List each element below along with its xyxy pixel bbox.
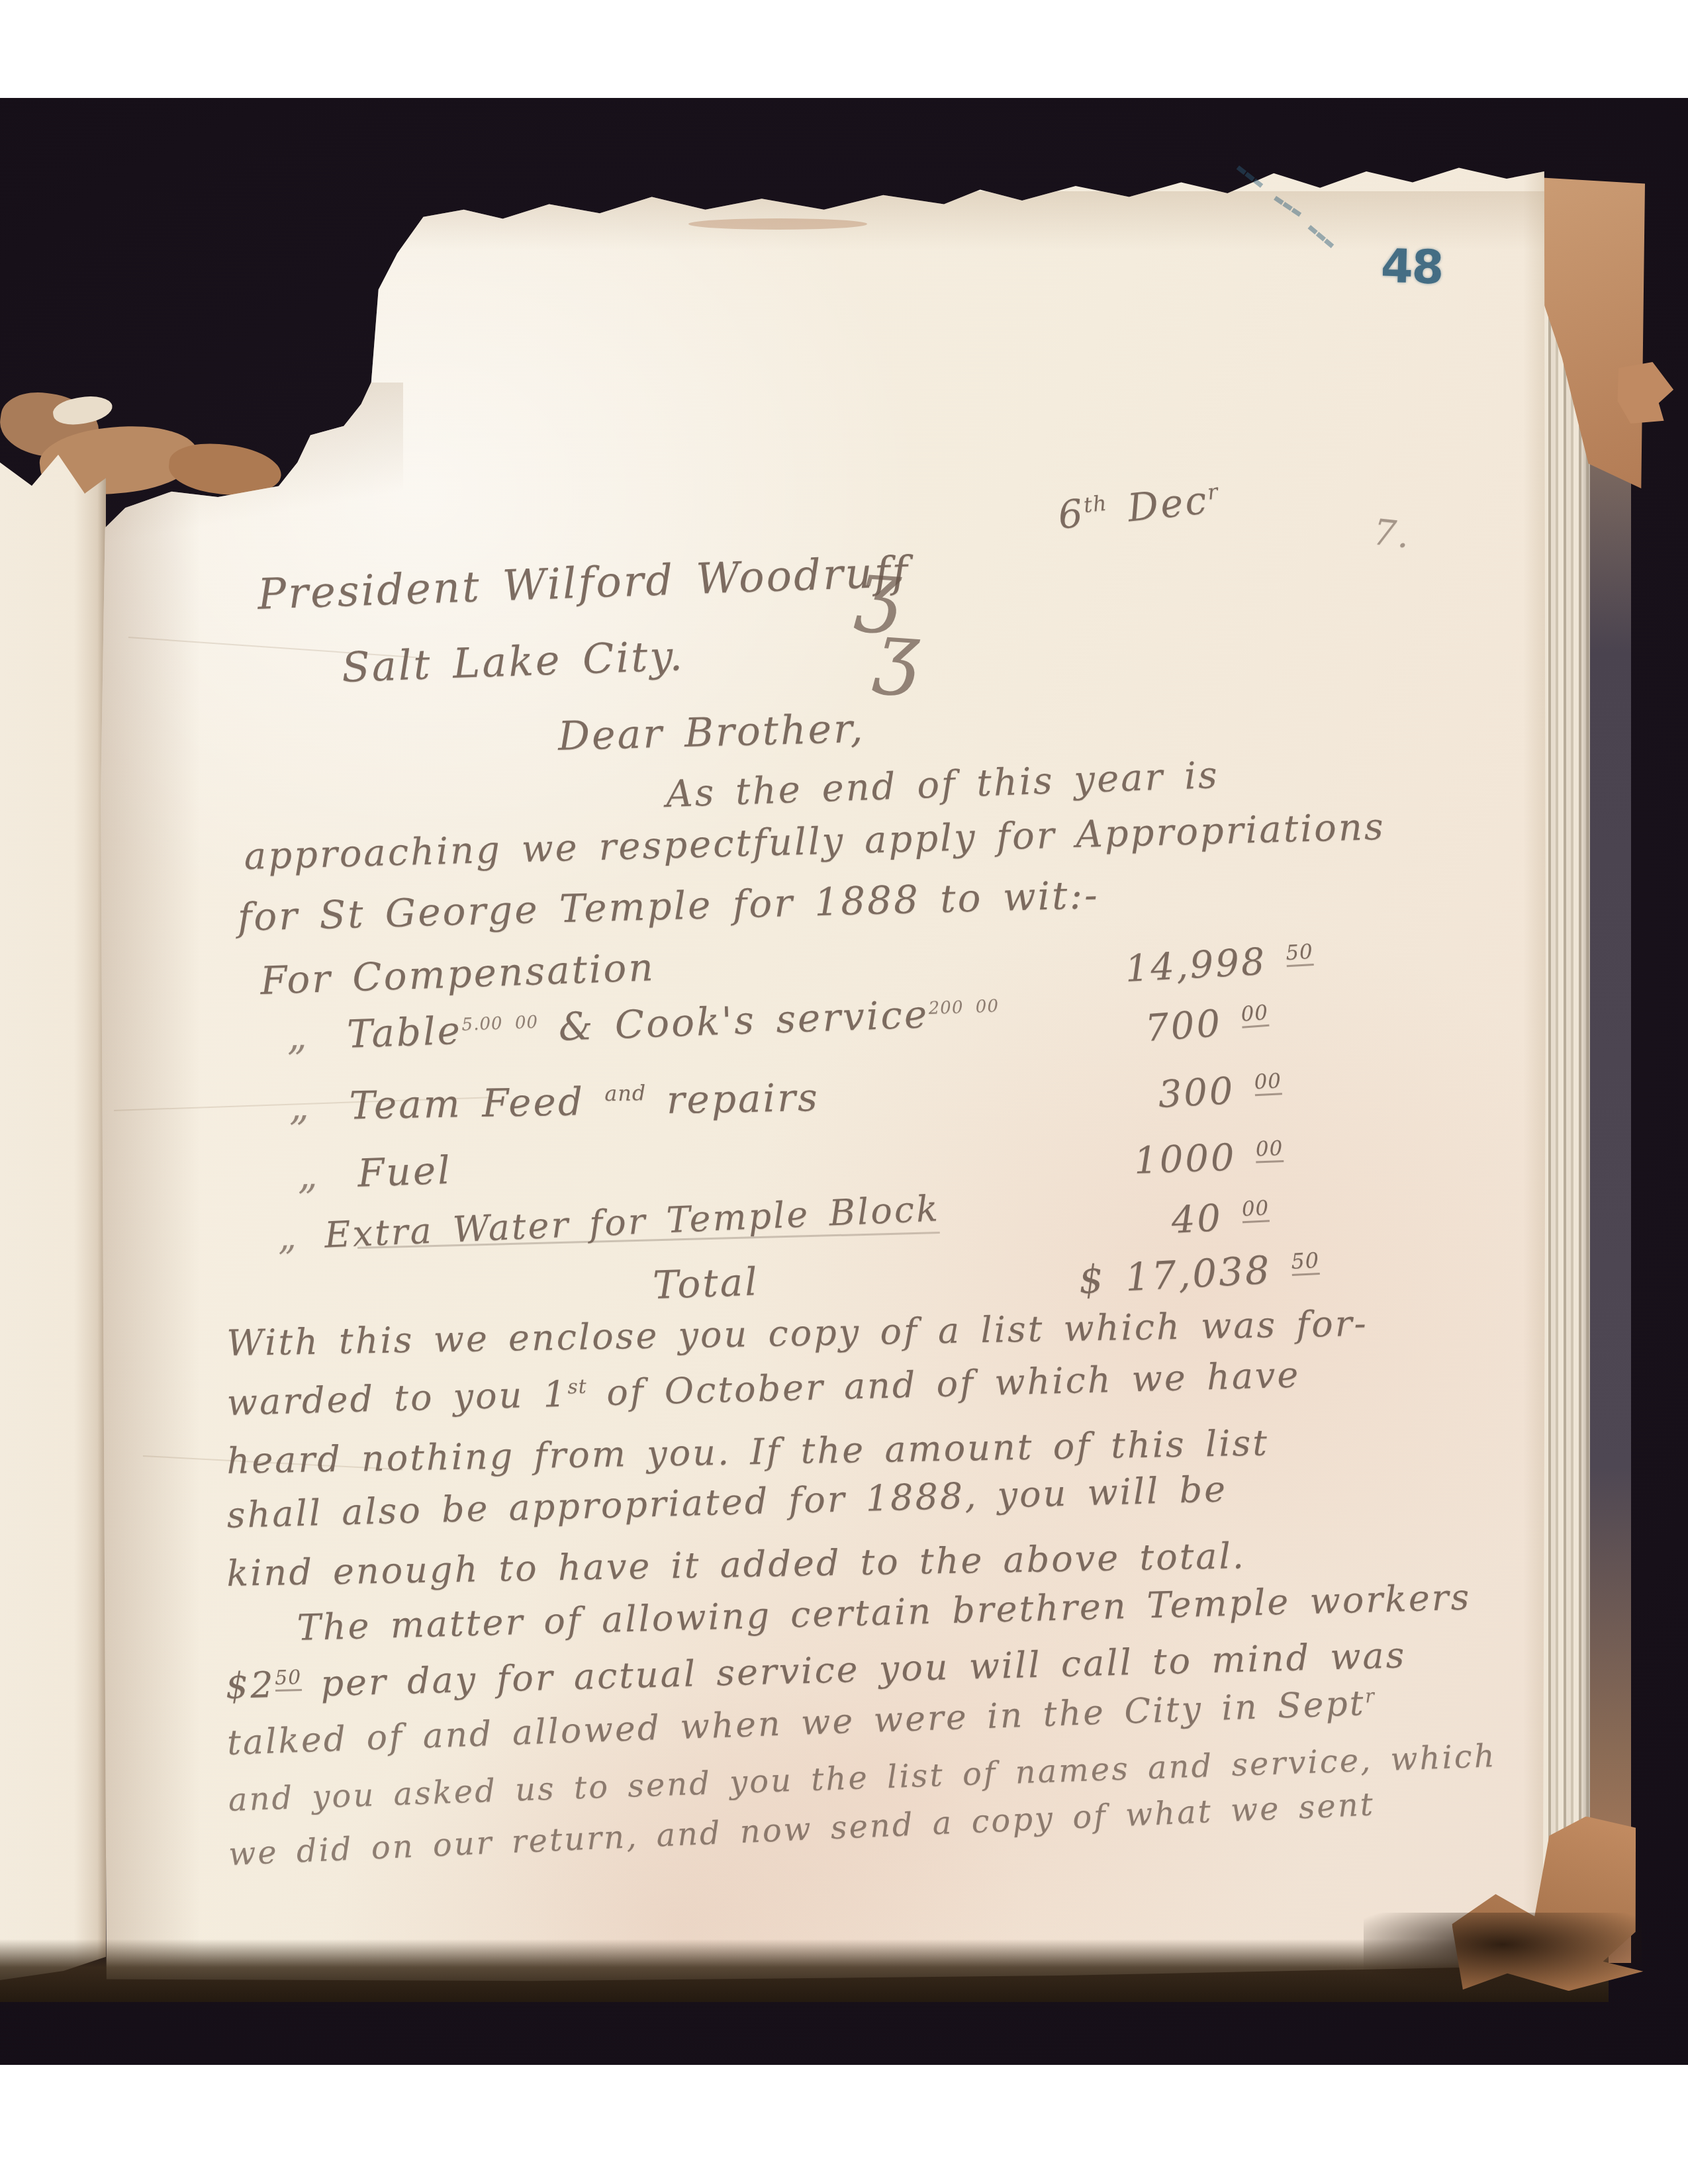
ordinal-suffix: st — [567, 1375, 587, 1399]
page-number-stamp: 48 — [1380, 239, 1444, 295]
amount-value: 40 — [1170, 1197, 1224, 1242]
amount-cents: 50 — [1290, 1248, 1320, 1276]
salutation: Dear Brother, — [557, 705, 865, 760]
ditto-mark: „ — [286, 1013, 309, 1059]
line-part: $2 — [225, 1664, 275, 1707]
row-label-part: repairs — [646, 1075, 820, 1123]
currency-sign: $ — [1078, 1256, 1106, 1302]
schedule-row-amount: 700 00 — [1144, 999, 1270, 1050]
schedule-row-label: „Team Feed and repairs — [289, 1075, 820, 1129]
amount-value: 1000 — [1133, 1136, 1237, 1183]
date-day-suffix: th — [1082, 490, 1108, 518]
corner-shadow — [1364, 1913, 1642, 1992]
amount-value: 700 — [1144, 1002, 1223, 1050]
ditto-mark: „ — [289, 1083, 311, 1129]
amount-cents: 50 — [1286, 940, 1314, 967]
row-label-part: Team Feed — [349, 1079, 585, 1128]
letterbook-photo: 48 6th Decr 7. President Wilford Woodruf… — [0, 0, 1688, 2184]
row-label-part: Table — [346, 1008, 463, 1057]
interlinear-note: 5.00 00 — [461, 1012, 539, 1034]
schedule-row-amount: 40 00 — [1170, 1194, 1270, 1242]
schedule-row-label: „Fuel — [297, 1148, 453, 1198]
total-label: Total — [652, 1259, 760, 1308]
amount-cents: 00 — [1241, 1197, 1270, 1224]
amount-cents: 00 — [1254, 1069, 1282, 1097]
amount-cents: 00 — [1241, 1001, 1270, 1028]
address-brace-flourish: ʒʒ — [851, 557, 926, 684]
amount-value: 300 — [1157, 1069, 1236, 1116]
raised-word: and — [604, 1080, 647, 1106]
amount-cents: 00 — [1255, 1136, 1284, 1163]
folio-mark: 7. — [1371, 511, 1413, 557]
ditto-mark: „ — [297, 1152, 320, 1198]
amount-cents: 50 — [275, 1666, 302, 1692]
ordinal-suffix: r — [1365, 1684, 1376, 1707]
schedule-row-amount: 1000 00 — [1133, 1134, 1284, 1183]
flourish-glyph: ʒ — [874, 619, 922, 683]
amount-value: 17,038 — [1124, 1248, 1272, 1300]
amount-value: 14,998 — [1124, 940, 1268, 991]
tan-stain — [688, 218, 867, 230]
ditto-mark: „ — [277, 1216, 299, 1258]
date-day: 6 — [1056, 490, 1087, 538]
line-part: warded to you 1 — [226, 1373, 569, 1424]
interlinear-note: 200 00 — [928, 996, 999, 1019]
schedule-row-amount: 300 00 — [1157, 1067, 1283, 1116]
right-edge-curl — [1523, 164, 1546, 1983]
previous-page-edge — [0, 424, 106, 1980]
row-label-part: Fuel — [357, 1148, 453, 1196]
